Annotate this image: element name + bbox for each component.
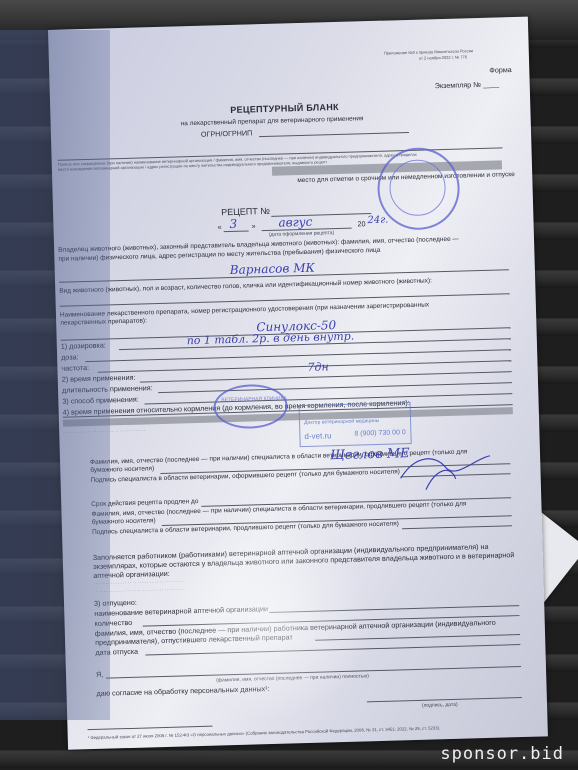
duration-field[interactable] bbox=[158, 382, 512, 393]
light-glare bbox=[170, 520, 370, 720]
date-quote-close: » bbox=[251, 221, 255, 230]
frequency-field[interactable] bbox=[98, 360, 512, 373]
footnote-divider bbox=[88, 726, 213, 730]
round-stamp-text: ВЕТЕРИНАРНАЯ КЛИНИКА bbox=[221, 395, 287, 403]
dose-field[interactable] bbox=[85, 349, 511, 362]
copy-number-label: Экземпляр № ____ bbox=[435, 79, 499, 90]
clinic-round-stamp bbox=[376, 147, 460, 231]
appendix-line-2: от 2 ноября 2022 г. № 776 bbox=[419, 54, 467, 60]
watermark: sponsor.bid bbox=[440, 744, 564, 764]
signature-scribble bbox=[395, 448, 496, 496]
consent-signature-caption: (подпись, дата) bbox=[422, 702, 458, 709]
date-quote-open: « bbox=[217, 222, 221, 231]
prescription-number-label: РЕЦЕПТ № bbox=[221, 206, 270, 217]
date-day-field[interactable] bbox=[224, 230, 249, 232]
form-title: РЕЦЕПТУРНЫЙ БЛАНК bbox=[230, 102, 339, 115]
date-month-value[interactable]: авгус bbox=[278, 215, 312, 230]
clinic-stamp-phone: 8 (900) 730 00 0 bbox=[354, 429, 406, 437]
form-subtitle: на лекарственный препарат для ветеринарн… bbox=[181, 115, 364, 127]
clinic-stamp-site: d-vet.ru bbox=[304, 431, 331, 441]
ogrn-field[interactable] bbox=[259, 132, 409, 137]
specialist-round-stamp: ВЕТЕРИНАРНАЯ КЛИНИКА bbox=[213, 383, 288, 429]
clinic-stamp-caption: Доктор ветеринарной медицины bbox=[304, 418, 379, 426]
clinic-rect-stamp: Доктор ветеринарной медицины d-vet.ru 8 … bbox=[299, 402, 412, 447]
date-year-value[interactable]: 24г. bbox=[367, 215, 388, 227]
date-day-value[interactable]: 3 bbox=[229, 217, 237, 231]
extender-signature-field[interactable] bbox=[402, 525, 512, 529]
date-year-prefix: 20 bbox=[357, 219, 365, 228]
shadow-overlay bbox=[0, 30, 110, 720]
time-value[interactable]: 7дн bbox=[307, 360, 329, 374]
ogrn-label: ОГРН/ОГРНИП bbox=[201, 128, 252, 138]
form-label: Форма bbox=[489, 65, 512, 75]
date-caption: (дата оформления рецепта) bbox=[269, 230, 335, 238]
